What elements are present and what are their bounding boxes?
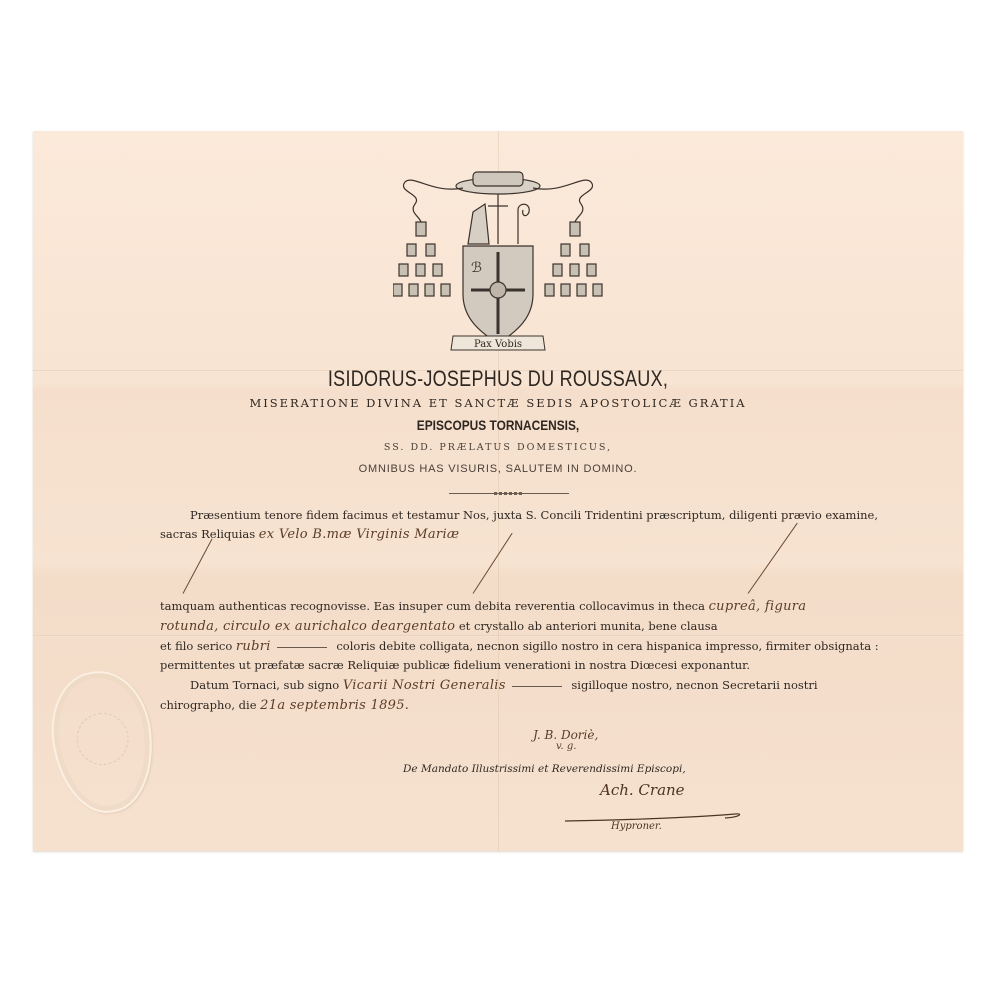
secretary-title: Hyproner. <box>611 821 662 832</box>
body-line: chirographo, die 21a septembris 1895. <box>160 698 875 713</box>
motto-text: Pax Vobis <box>474 339 522 350</box>
vicar-title: v. g. <box>556 741 576 752</box>
embossed-seal-center <box>73 710 132 769</box>
body-line: Datum Tornaci, sub signo Vicarii Nostri … <box>160 678 875 693</box>
certificate-paper: ℬ Pax Vobis ISIDORUS-JOSEPHUS DU ROUSSAU… <box>33 131 963 851</box>
handwritten-signatory: Vicarii Nostri Generalis <box>343 678 506 693</box>
printed-text: Datum Tornaci, sub signo <box>190 678 339 692</box>
printed-text: Præsentium tenore fidem facimus et testa… <box>190 508 878 522</box>
svg-text:ℬ: ℬ <box>471 260 482 276</box>
printed-text: chirographo, die <box>160 698 257 712</box>
handwritten-theca-shape: rotunda, circulo ex aurichalco deargenta… <box>160 619 455 634</box>
printed-text: et filo serico <box>160 639 232 653</box>
header-line-salutem: OMNIBUS HAS VISURIS, SALUTEM IN DOMINO. <box>33 463 963 475</box>
bishop-name: ISIDORUS-JOSEPHUS DU ROUSSAUX, <box>117 366 880 392</box>
body-line: et filo serico rubri coloris debite coll… <box>160 639 875 654</box>
handwritten-theca-material: cupreâ, figura <box>709 599 807 614</box>
embossed-seal <box>44 665 162 819</box>
cancel-stroke <box>183 539 213 594</box>
episcopal-coat-of-arms-icon: ℬ Pax Vobis <box>393 164 603 354</box>
header-line-praelatus: SS. DD. PRÆLATUS DOMESTICUS, <box>33 442 963 453</box>
handwritten-date: 21a septembris 1895. <box>260 698 409 713</box>
vicar-signature: J. B. Doriè, <box>533 728 598 742</box>
header-line-episcopus: EPISCOPUS TORNACENSIS, <box>103 417 894 433</box>
body-line: tamquam authenticas recognovisse. Eas in… <box>160 599 875 614</box>
ornamental-divider <box>449 493 569 494</box>
handwritten-thread-color: rubri <box>236 639 271 654</box>
secretary-signature: Ach. Crane <box>600 781 685 799</box>
body-line: permittentes ut præfatæ sacræ Reliquiæ p… <box>160 658 875 672</box>
printed-text: coloris debite colligata, necnon sigillo… <box>336 639 878 653</box>
handwritten-relic-description: ex Velo B.mæ Virginis Mariæ <box>259 527 460 542</box>
printed-text: sigilloque nostro, necnon Secretarii nos… <box>571 678 817 692</box>
printed-text: tamquam authenticas recognovisse. Eas in… <box>160 599 705 613</box>
body-line: Præsentium tenore fidem facimus et testa… <box>160 508 875 522</box>
printed-text: sacras Reliquias <box>160 527 255 541</box>
header-line-gratia: MISERATIONE DIVINA ET SANCTÆ SEDIS APOST… <box>33 396 963 410</box>
body-line: rotunda, circulo ex aurichalco deargenta… <box>160 619 875 634</box>
mandate-line: De Mandato Illustrissimi et Reverendissi… <box>403 763 686 775</box>
body-line: sacras Reliquias ex Velo B.mæ Virginis M… <box>160 527 875 542</box>
printed-text: permittentes ut præfatæ sacræ Reliquiæ p… <box>160 658 750 672</box>
printed-text: et crystallo ab anteriori munita, bene c… <box>459 619 718 633</box>
